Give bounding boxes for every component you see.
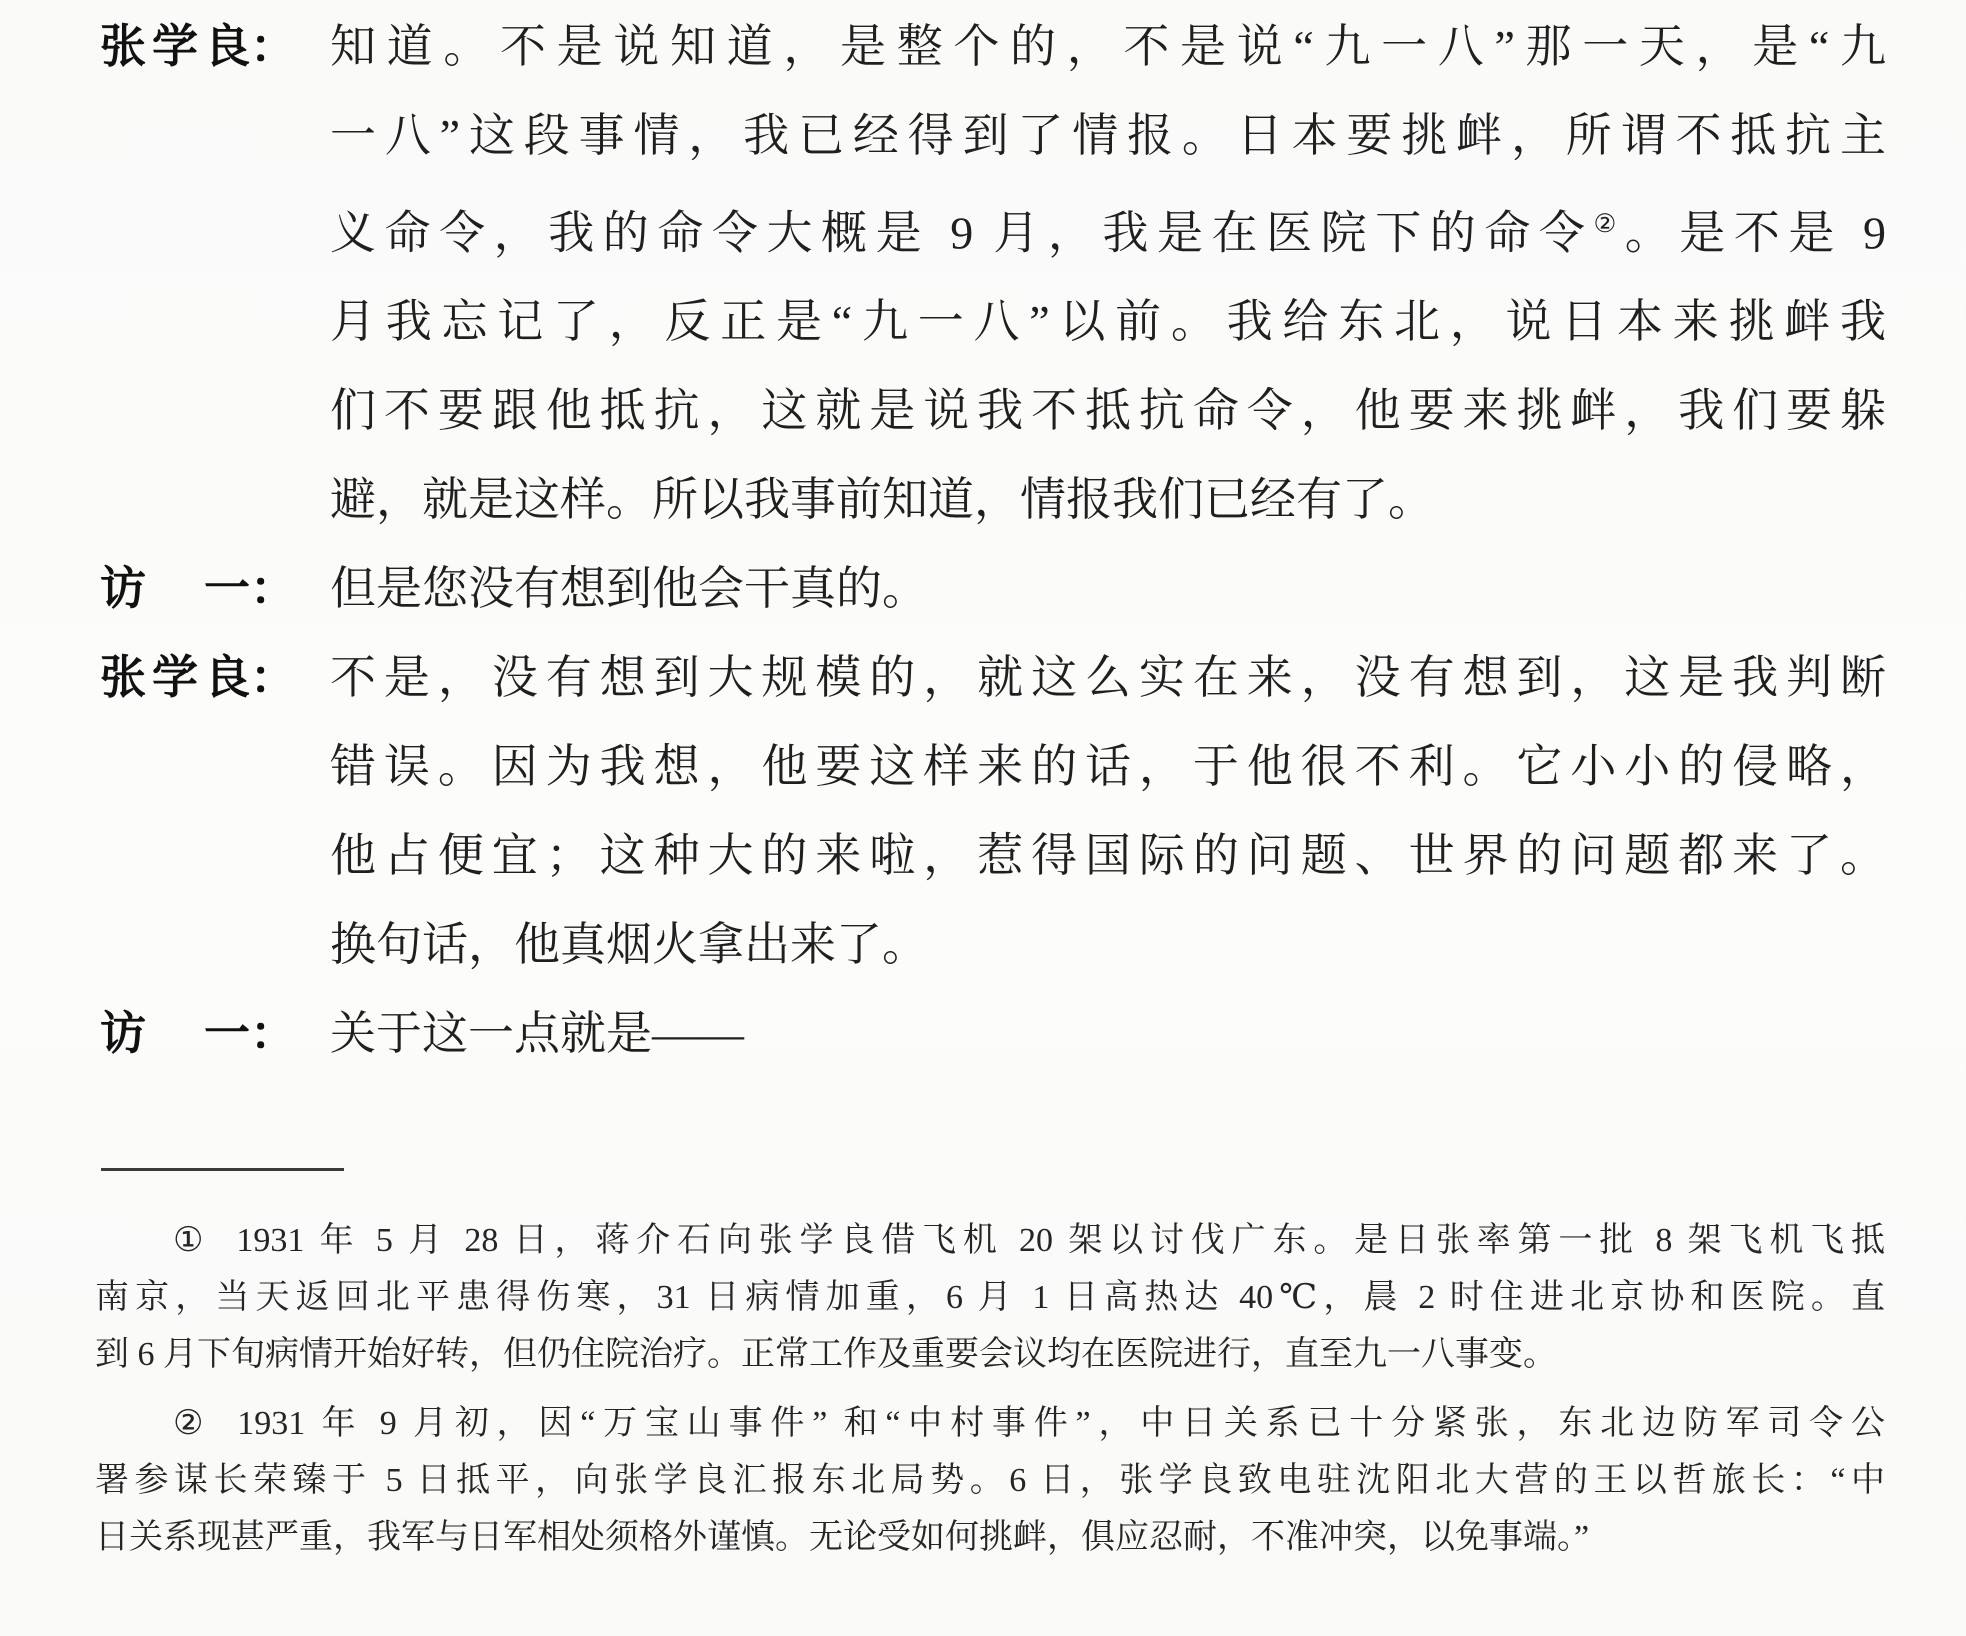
dialogue-line: 换句话，他真烟火拿出来了。: [330, 900, 1886, 989]
dialogue-line: 们不要跟他抵抗，这就是说我不抵抗命令，他要来挑衅，我们要躲: [330, 366, 1886, 455]
speaker-char: 一: [204, 544, 250, 633]
footnote-line: 署参谋长荣臻于 5 日抵平，向张学良汇报东北局势。6 日，张学良致电驻沈阳北大营…: [95, 1452, 1885, 1509]
speaker-char: 张: [100, 633, 146, 722]
dialogue-turn: 张学良： 知道。不是说知道，是整个的，不是说“九一八”那一天，是“九 一八”这段…: [100, 2, 1886, 544]
dialogue-line: 避，就是这样。所以我事前知道，情报我们已经有了。: [330, 455, 1886, 544]
speaker-name: 访一: [100, 989, 250, 1078]
speaker-char: 访: [100, 544, 146, 633]
dialogue-turn: 张学良： 不是，没有想到大规模的，就这么实在来，没有想到，这是我判断 错误。因为…: [100, 633, 1886, 989]
footnote-separator: [101, 1168, 344, 1171]
speaker-char: 访: [100, 989, 146, 1078]
speaker-char: 一: [204, 989, 250, 1078]
dialogue-text: 但是您没有想到他会干真的。: [330, 544, 1886, 633]
dialogue-line: 他占便宜；这种大的来啦，惹得国际的问题、世界的问题都来了。: [330, 811, 1886, 900]
speaker-char: 张: [100, 2, 146, 91]
dialogue-transcript: 张学良： 知道。不是说知道，是整个的，不是说“九一八”那一天，是“九 一八”这段…: [100, 2, 1886, 1078]
footnote: ①1931 年 5 月 28 日，蒋介石向张学良借飞机 20 架以讨伐广东。是日…: [95, 1212, 1885, 1383]
speaker-label: 访一：: [100, 989, 330, 1078]
footnote-line: ①1931 年 5 月 28 日，蒋介石向张学良借飞机 20 架以讨伐广东。是日…: [95, 1212, 1885, 1269]
footnote-text: 1931 年 9 月初，因“万宝山事件” 和“中村事件”，中日关系已十分紧张，东…: [237, 1405, 1885, 1442]
footnotes-section: ①1931 年 5 月 28 日，蒋介石向张学良借飞机 20 架以讨伐广东。是日…: [95, 1212, 1885, 1566]
dialogue-text: 知道。不是说知道，是整个的，不是说“九一八”那一天，是“九 一八”这段事情，我已…: [330, 2, 1886, 544]
speaker-colon: ：: [250, 633, 296, 722]
line-text: 。是不是 9: [1625, 207, 1886, 258]
dialogue-line: 义命令，我的命令大概是 9 月，我是在医院下的命令②。是不是 9: [330, 180, 1886, 277]
footnote-line: 南京，当天返回北平患得伤寒，31 日病情加重，6 月 1 日高热达 40℃，晨 …: [95, 1269, 1885, 1326]
speaker-char: 良: [204, 633, 250, 722]
footnote-marker: ①: [173, 1222, 210, 1259]
speaker-colon: ：: [250, 544, 296, 633]
dialogue-turn: 访一： 但是您没有想到他会干真的。: [100, 544, 1886, 633]
speaker-name: 张学良: [100, 633, 250, 722]
footnote: ②1931 年 9 月初，因“万宝山事件” 和“中村事件”，中日关系已十分紧张，…: [95, 1395, 1885, 1566]
speaker-name: 访一: [100, 544, 250, 633]
dialogue-text: 关于这一点就是——: [330, 989, 1886, 1078]
book-page: 张学良： 知道。不是说知道，是整个的，不是说“九一八”那一天，是“九 一八”这段…: [0, 0, 1966, 1636]
speaker-name: 张学良: [100, 2, 250, 91]
footnote-marker: ②: [173, 1405, 211, 1442]
footnote-text: 1931 年 5 月 28 日，蒋介石向张学良借飞机 20 架以讨伐广东。是日张…: [236, 1222, 1885, 1259]
speaker-char: 学: [152, 633, 198, 722]
footnote-line: ②1931 年 9 月初，因“万宝山事件” 和“中村事件”，中日关系已十分紧张，…: [95, 1395, 1885, 1452]
dialogue-line: 知道。不是说知道，是整个的，不是说“九一八”那一天，是“九: [330, 2, 1886, 91]
speaker-colon: ：: [250, 989, 296, 1078]
dialogue-line: 不是，没有想到大规模的，就这么实在来，没有想到，这是我判断: [330, 633, 1886, 722]
footnote-line: 日关系现甚严重，我军与日军相处须格外谨慎。无论受如何挑衅，俱应忍耐，不准冲突，以…: [95, 1509, 1885, 1566]
dialogue-line: 但是您没有想到他会干真的。: [330, 544, 1886, 633]
dialogue-line: 错误。因为我想，他要这样来的话，于他很不利。它小小的侵略，: [330, 722, 1886, 811]
footnote-ref-superscript: ②: [1593, 210, 1624, 238]
speaker-colon: ：: [250, 2, 296, 91]
speaker-label: 张学良：: [100, 633, 330, 722]
speaker-label: 张学良：: [100, 2, 330, 91]
speaker-label: 访一：: [100, 544, 330, 633]
dialogue-line: 月我忘记了，反正是“九一八”以前。我给东北，说日本来挑衅我: [330, 277, 1886, 366]
dialogue-turn: 访一： 关于这一点就是——: [100, 989, 1886, 1078]
dialogue-line: 一八”这段事情，我已经得到了情报。日本要挑衅，所谓不抵抗主: [330, 91, 1886, 180]
dialogue-line: 关于这一点就是——: [330, 989, 1886, 1078]
dialogue-text: 不是，没有想到大规模的，就这么实在来，没有想到，这是我判断 错误。因为我想，他要…: [330, 633, 1886, 989]
line-text: 义命令，我的命令大概是 9 月，我是在医院下的命令: [330, 207, 1593, 258]
speaker-char: 良: [204, 2, 250, 91]
footnote-line: 到 6 月下旬病情开始好转，但仍住院治疗。正常工作及重要会议均在医院进行，直至九…: [95, 1326, 1885, 1383]
speaker-char: 学: [152, 2, 198, 91]
